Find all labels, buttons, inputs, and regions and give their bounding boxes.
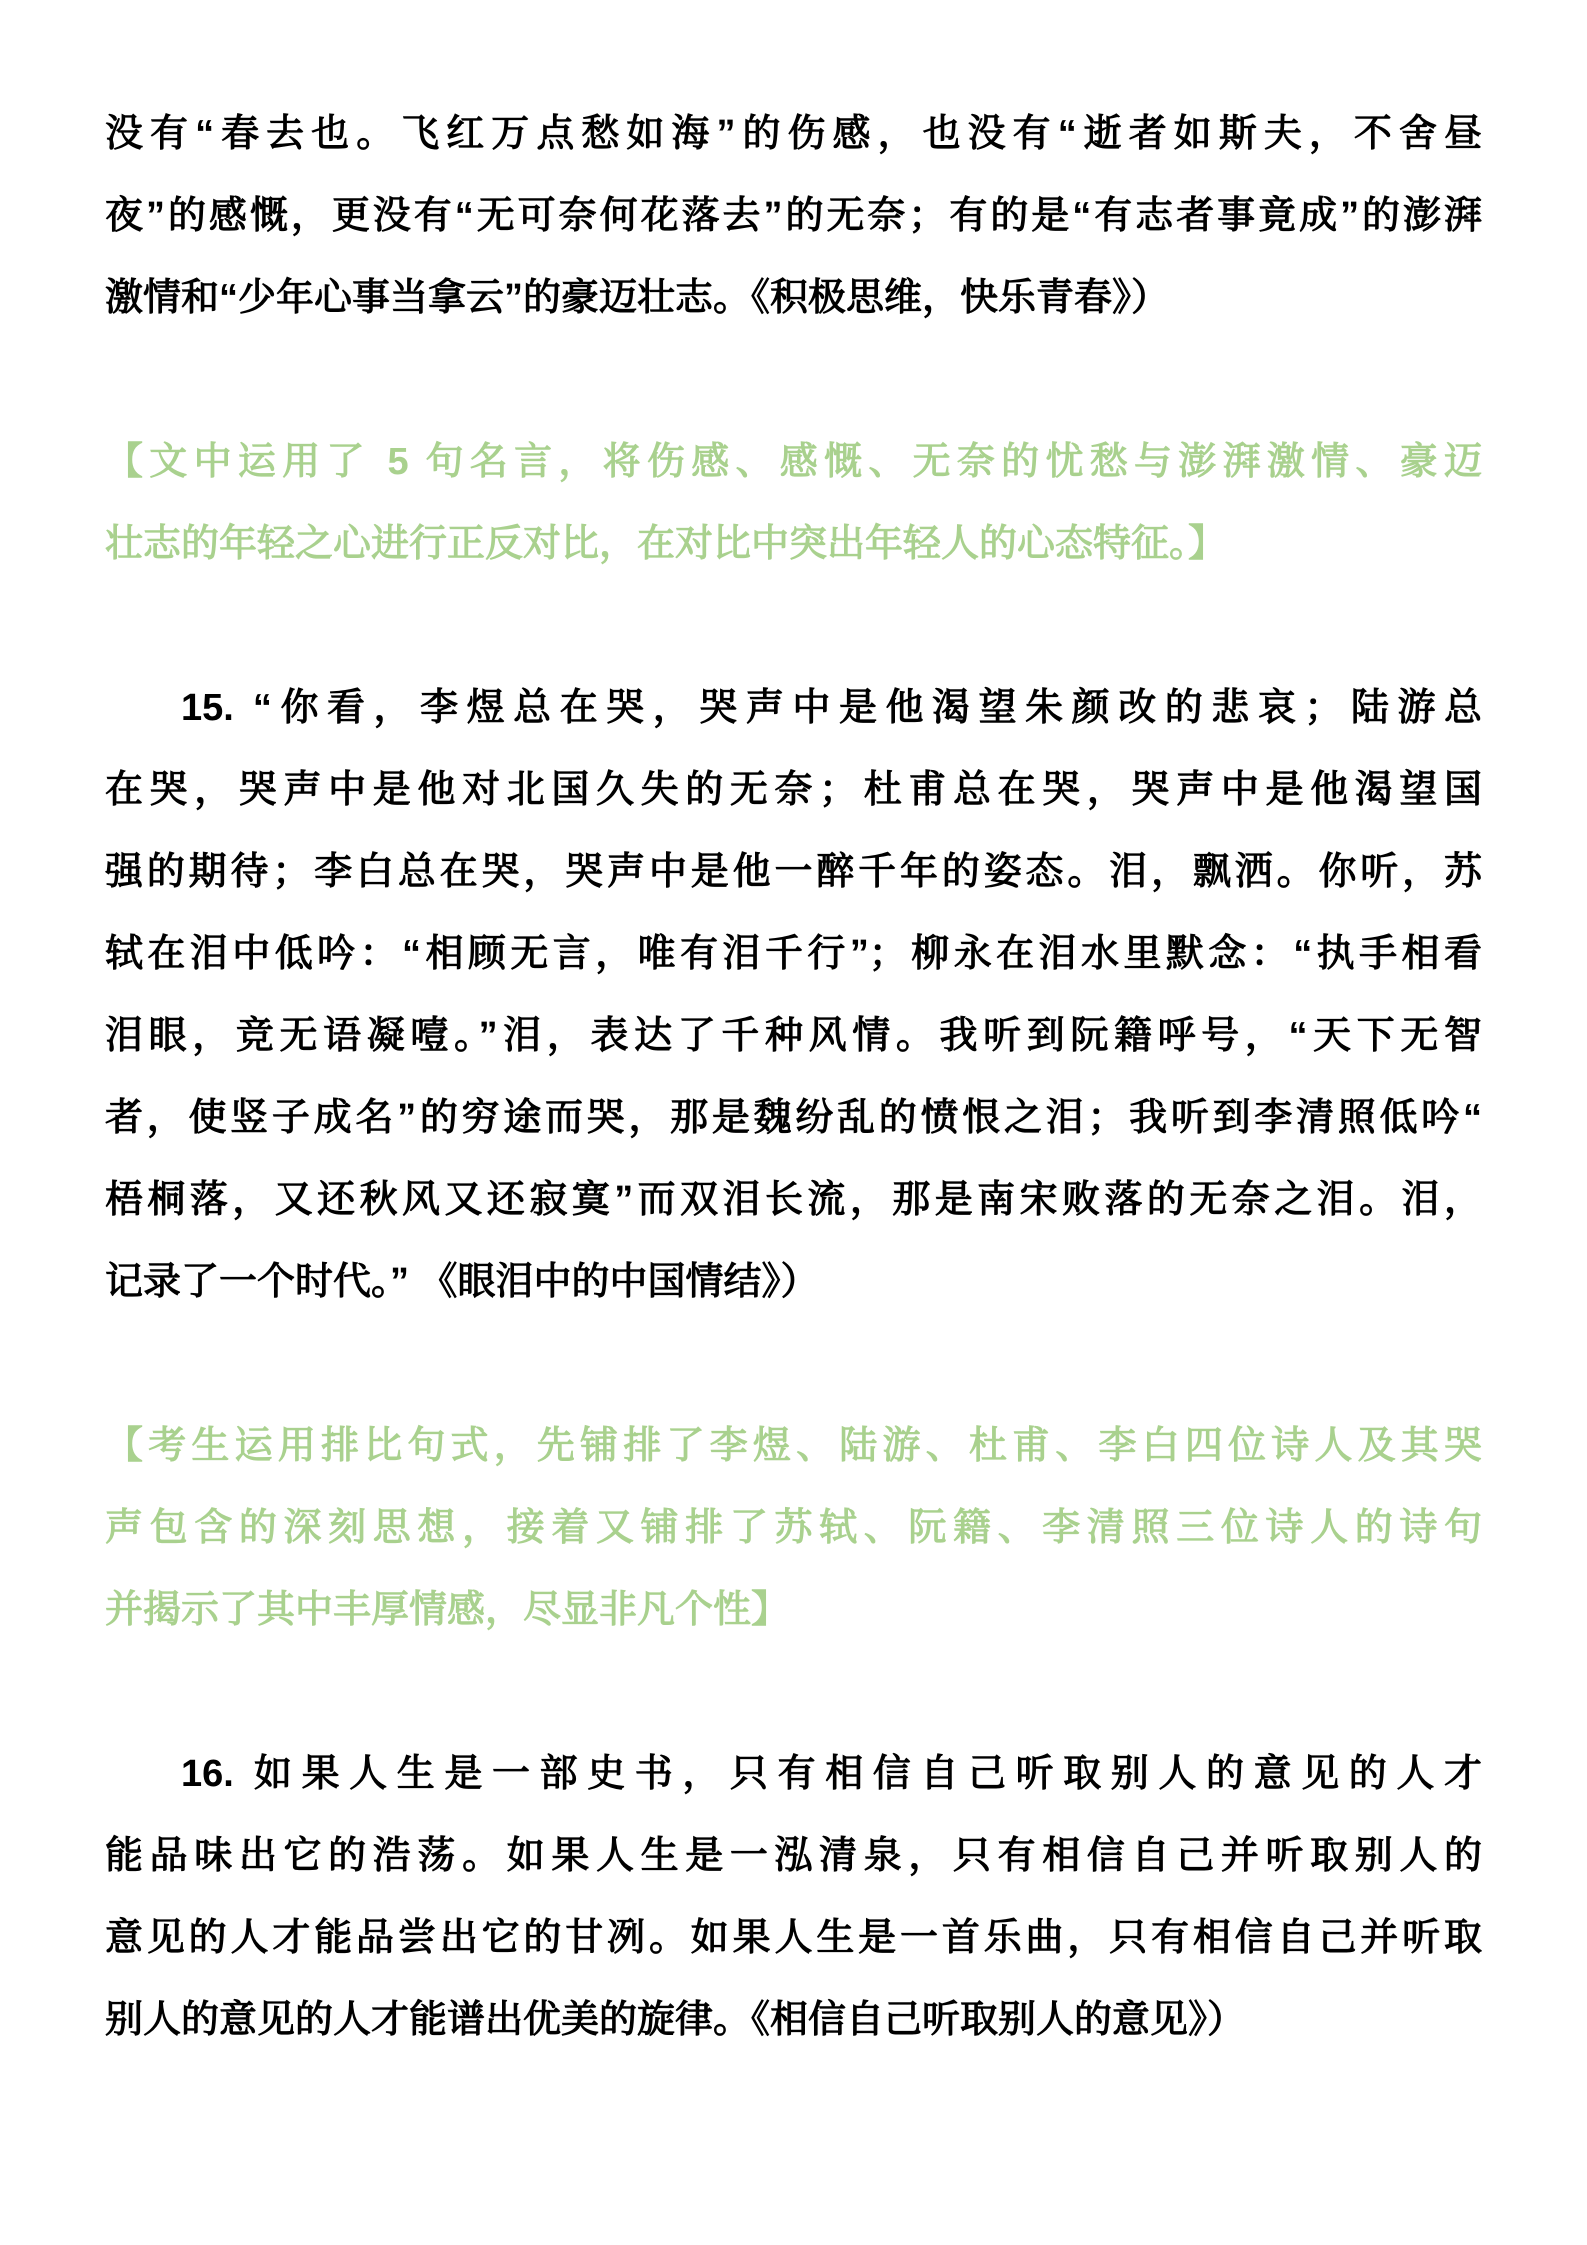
document-page: 没有“春去也。飞红万点愁如海”的伤感，也没有“逝者如斯夫，不舍昼夜”的感慨，更没… bbox=[0, 0, 1587, 2245]
body-text-line: 别人的意见的人才能谱出优美的旋律。《相信自己听取别人的意见》） bbox=[105, 1979, 1482, 2061]
body-text-line: 梧桐落，又还秋风又还寂寞”而双泪长流，那是南宋败落的无奈之泪。泪， bbox=[105, 1159, 1482, 1241]
document-content: 没有“春去也。飞红万点愁如海”的伤感，也没有“逝者如斯夫，不舍昼夜”的感慨，更没… bbox=[105, 93, 1482, 2061]
annotation-line: 声包含的深刻思想，接着又铺排了苏轼、阮籍、李清照三位诗人的诗句 bbox=[105, 1487, 1482, 1569]
body-paragraph: 没有“春去也。飞红万点愁如海”的伤感，也没有“逝者如斯夫，不舍昼夜”的感慨，更没… bbox=[105, 93, 1482, 339]
body-text-line: 记录了一个时代。” 《眼泪中的中国情结》） bbox=[105, 1241, 1482, 1323]
body-text-line: 强的期待；李白总在哭，哭声中是他一醉千年的姿态。泪，飘洒。你听，苏 bbox=[105, 831, 1482, 913]
annotation-block: 【文中运用了 5 句名言，将伤感、感慨、无奈的忧愁与澎湃激情、豪迈壮志的年轻之心… bbox=[105, 421, 1482, 585]
body-text-line: 16. 如果人生是一部史书，只有相信自己听取别人的意见的人才 bbox=[105, 1733, 1482, 1815]
annotation-line: 【考生运用排比句式，先铺排了李煜、陆游、杜甫、李白四位诗人及其哭 bbox=[105, 1405, 1482, 1487]
body-text-line: 夜”的感慨，更没有“无可奈何花落去”的无奈；有的是“有志者事竟成”的澎湃 bbox=[105, 175, 1482, 257]
body-text-line: 意见的人才能品尝出它的甘冽。如果人生是一首乐曲，只有相信自己并听取 bbox=[105, 1897, 1482, 1979]
body-text-line: 轼在泪中低吟：“相顾无言，唯有泪千行”；柳永在泪水里默念：“执手相看 bbox=[105, 913, 1482, 995]
annotation-line: 【文中运用了 5 句名言，将伤感、感慨、无奈的忧愁与澎湃激情、豪迈 bbox=[105, 421, 1482, 503]
body-text-line: 能品味出它的浩荡。如果人生是一泓清泉，只有相信自己并听取别人的 bbox=[105, 1815, 1482, 1897]
body-text-line: 15. “你看，李煜总在哭，哭声中是他渴望朱颜改的悲哀；陆游总 bbox=[105, 667, 1482, 749]
annotation-block: 【考生运用排比句式，先铺排了李煜、陆游、杜甫、李白四位诗人及其哭声包含的深刻思想… bbox=[105, 1405, 1482, 1651]
annotation-line: 并揭示了其中丰厚情感，尽显非凡个性】 bbox=[105, 1569, 1482, 1651]
body-paragraph: 15. “你看，李煜总在哭，哭声中是他渴望朱颜改的悲哀；陆游总在哭，哭声中是他对… bbox=[105, 667, 1482, 1323]
body-text-line: 在哭，哭声中是他对北国久失的无奈；杜甫总在哭，哭声中是他渴望国 bbox=[105, 749, 1482, 831]
annotation-line: 壮志的年轻之心进行正反对比，在对比中突出年轻人的心态特征。】 bbox=[105, 503, 1482, 585]
body-text-line: 激情和“少年心事当拿云”的豪迈壮志。《积极思维，快乐青春》） bbox=[105, 257, 1482, 339]
body-text-line: 者，使竖子成名”的穷途而哭，那是魏纷乱的愤恨之泪；我听到李清照低吟“ bbox=[105, 1077, 1482, 1159]
body-text-line: 泪眼，竞无语凝噎。”泪，表达了千种风情。我听到阮籍呼号，“天下无智 bbox=[105, 995, 1482, 1077]
body-paragraph: 16. 如果人生是一部史书，只有相信自己听取别人的意见的人才能品味出它的浩荡。如… bbox=[105, 1733, 1482, 2061]
body-text-line: 没有“春去也。飞红万点愁如海”的伤感，也没有“逝者如斯夫，不舍昼 bbox=[105, 93, 1482, 175]
